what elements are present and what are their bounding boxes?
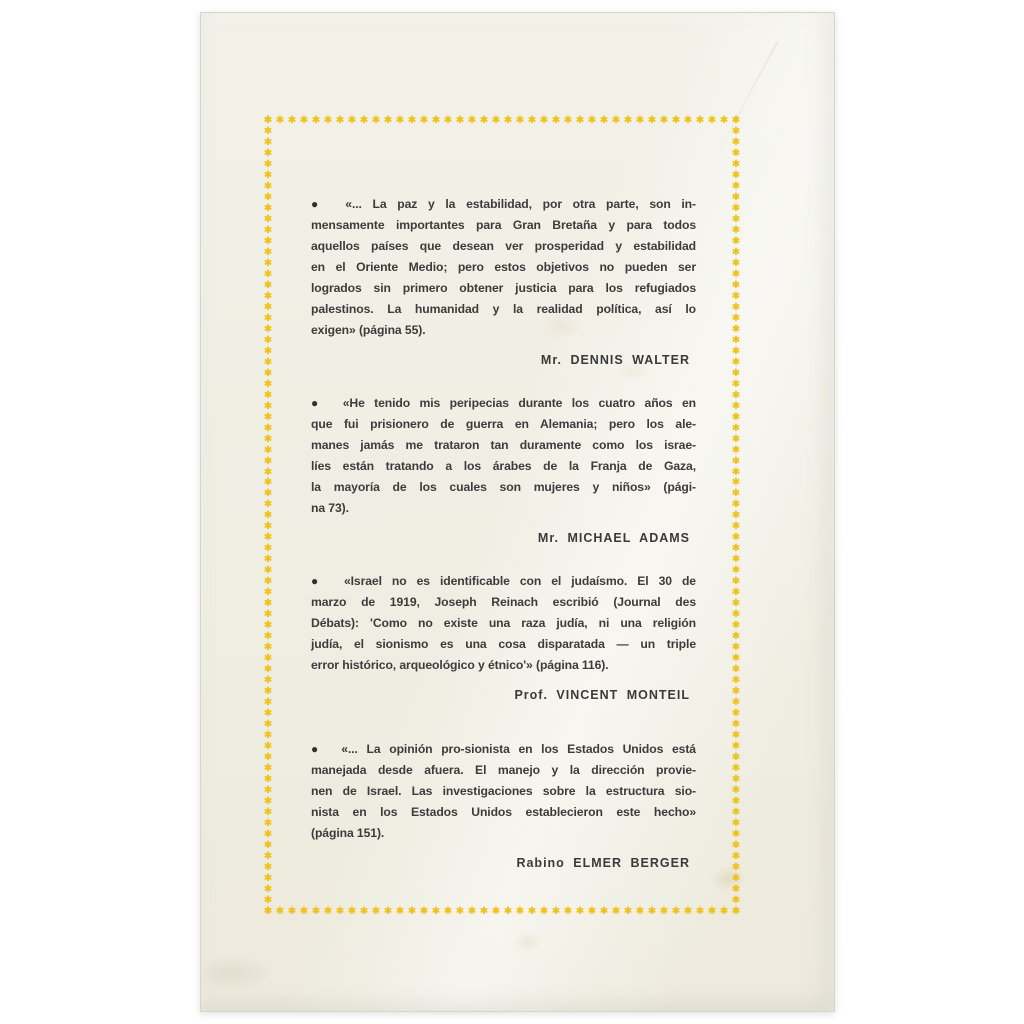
quote-line-text: manes jamás me trataron tan duramente co… — [311, 438, 696, 452]
star-icon: ✱ — [263, 468, 273, 478]
star-icon: ✱ — [671, 116, 681, 126]
star-icon: ✱ — [263, 270, 273, 280]
star-icon: ✱ — [731, 665, 741, 675]
star-icon: ✱ — [263, 303, 273, 313]
star-icon: ✱ — [263, 775, 273, 785]
star-icon: ✱ — [731, 281, 741, 291]
star-icon: ✱ — [623, 116, 633, 126]
star-icon: ✱ — [275, 907, 285, 917]
star-icon: ✱ — [731, 292, 741, 302]
quote-line: aquellos países que desean ver prosperid… — [311, 236, 696, 257]
star-icon: ✱ — [731, 511, 741, 521]
star-icon: ✱ — [731, 522, 741, 532]
star-icon: ✱ — [491, 907, 501, 917]
star-icon: ✱ — [731, 841, 741, 851]
star-icon: ✱ — [731, 380, 741, 390]
star-icon: ✱ — [263, 511, 273, 521]
star-icon: ✱ — [647, 116, 657, 126]
star-icon: ✱ — [731, 863, 741, 873]
quote-3: ● «Israel no es identificable con el jud… — [311, 571, 696, 706]
quote-line: ● «Israel no es identificable con el jud… — [311, 571, 696, 592]
star-icon: ✱ — [731, 852, 741, 862]
star-icon: ✱ — [539, 907, 549, 917]
star-icon: ✱ — [287, 907, 297, 917]
star-icon: ✱ — [263, 874, 273, 884]
star-icon: ✱ — [383, 907, 393, 917]
star-icon: ✱ — [587, 907, 597, 917]
star-icon: ✱ — [263, 369, 273, 379]
star-border-right: ✱✱✱✱✱✱✱✱✱✱✱✱✱✱✱✱✱✱✱✱✱✱✱✱✱✱✱✱✱✱✱✱✱✱✱✱✱✱✱✱… — [731, 116, 741, 917]
quote-line: marzo de 1919, Joseph Reinach escribió (… — [311, 592, 696, 613]
star-icon: ✱ — [731, 369, 741, 379]
quote-line: error histórico, arqueológico y étnico'»… — [311, 655, 696, 676]
star-icon: ✱ — [467, 907, 477, 917]
star-icon: ✱ — [383, 116, 393, 126]
star-icon: ✱ — [491, 116, 501, 126]
star-icon: ✱ — [263, 446, 273, 456]
star-icon: ✱ — [731, 160, 741, 170]
star-icon: ✱ — [731, 676, 741, 686]
star-icon: ✱ — [563, 907, 573, 917]
star-icon: ✱ — [263, 863, 273, 873]
star-icon: ✱ — [575, 907, 585, 917]
star-icon: ✱ — [731, 402, 741, 412]
star-icon: ✱ — [731, 753, 741, 763]
star-icon: ✱ — [731, 643, 741, 653]
star-icon: ✱ — [299, 116, 309, 126]
star-icon: ✱ — [263, 885, 273, 895]
quote-line: líes están tratando a los árabes de la F… — [311, 456, 696, 477]
star-icon: ✱ — [731, 325, 741, 335]
star-icon: ✱ — [263, 610, 273, 620]
quote-line: judía, el sionismo es una cosa disparata… — [311, 634, 696, 655]
star-icon: ✱ — [731, 731, 741, 741]
star-icon: ✱ — [323, 116, 333, 126]
star-icon: ✱ — [731, 797, 741, 807]
star-icon: ✱ — [731, 489, 741, 499]
quote-line-text: (página 151). — [311, 826, 384, 840]
quote-line: en el Oriente Medio; pero estos objetivo… — [311, 257, 696, 278]
book-back-cover: ✱✱✱✱✱✱✱✱✱✱✱✱✱✱✱✱✱✱✱✱✱✱✱✱✱✱✱✱✱✱✱✱✱✱✱✱✱✱✱✱… — [200, 12, 835, 1012]
star-icon: ✱ — [263, 489, 273, 499]
star-icon: ✱ — [263, 621, 273, 631]
star-icon: ✱ — [467, 116, 477, 126]
quote-line: logrados sin primero obtener justicia pa… — [311, 278, 696, 299]
star-icon: ✱ — [695, 116, 705, 126]
quote-line-text: la mayoría de los cuales son mujeres y n… — [311, 480, 696, 494]
star-icon: ✱ — [731, 577, 741, 587]
quote-line: que fui prisionero de guerra en Alemania… — [311, 414, 696, 435]
star-icon: ✱ — [263, 248, 273, 258]
star-icon: ✱ — [707, 116, 717, 126]
quote-attribution: Prof. VINCENT MONTEIL — [311, 685, 696, 706]
star-icon: ✱ — [719, 907, 729, 917]
quote-line: exigen» (página 55). — [311, 320, 696, 341]
quote-line-text: líes están tratando a los árabes de la F… — [311, 459, 696, 473]
bullet-icon: ● — [311, 396, 324, 410]
star-icon: ✱ — [731, 687, 741, 697]
star-icon: ✱ — [731, 468, 741, 478]
star-icon: ✱ — [731, 248, 741, 258]
star-icon: ✱ — [623, 907, 633, 917]
star-icon: ✱ — [731, 720, 741, 730]
star-icon: ✱ — [731, 435, 741, 445]
star-icon: ✱ — [419, 116, 429, 126]
star-icon: ✱ — [443, 116, 453, 126]
star-icon: ✱ — [683, 116, 693, 126]
star-icon: ✱ — [455, 907, 465, 917]
star-icon: ✱ — [635, 907, 645, 917]
star-icon: ✱ — [731, 347, 741, 357]
star-icon: ✱ — [335, 116, 345, 126]
quotes-block: ● «... La paz y la estabilidad, por otra… — [311, 194, 696, 874]
star-icon: ✱ — [263, 149, 273, 159]
star-icon: ✱ — [263, 709, 273, 719]
star-icon: ✱ — [719, 116, 729, 126]
star-icon: ✱ — [479, 907, 489, 917]
star-icon: ✱ — [731, 907, 741, 917]
star-icon: ✱ — [599, 116, 609, 126]
quote-attribution: Mr. DENNIS WALTER — [311, 350, 696, 371]
star-icon: ✱ — [263, 687, 273, 697]
star-icon: ✱ — [731, 654, 741, 664]
quote-line-text: na 73). — [311, 501, 349, 515]
quote-line: nen de Israel. Las investigaciones sobre… — [311, 781, 696, 802]
star-icon: ✱ — [263, 171, 273, 181]
photo-background: ✱✱✱✱✱✱✱✱✱✱✱✱✱✱✱✱✱✱✱✱✱✱✱✱✱✱✱✱✱✱✱✱✱✱✱✱✱✱✱✱… — [0, 0, 1024, 1024]
star-icon: ✱ — [263, 896, 273, 906]
star-icon: ✱ — [731, 303, 741, 313]
star-icon: ✱ — [263, 786, 273, 796]
star-icon: ✱ — [731, 786, 741, 796]
quote-line: mensamente importantes para Gran Bretaña… — [311, 215, 696, 236]
star-icon: ✱ — [731, 830, 741, 840]
star-icon: ✱ — [263, 204, 273, 214]
star-icon: ✱ — [263, 588, 273, 598]
quote-line: manes jamás me trataron tan duramente co… — [311, 435, 696, 456]
star-icon: ✱ — [263, 665, 273, 675]
quote-line-text: logrados sin primero obtener justicia pa… — [311, 281, 696, 295]
star-icon: ✱ — [503, 116, 513, 126]
star-icon: ✱ — [263, 435, 273, 445]
quote-2: ● «He tenido mis peripecias durante los … — [311, 393, 696, 549]
star-icon: ✱ — [731, 182, 741, 192]
star-icon: ✱ — [263, 127, 273, 137]
star-icon: ✱ — [263, 841, 273, 851]
star-icon: ✱ — [731, 478, 741, 488]
quote-4: ● «... La opinión pro-sionista en los Es… — [311, 739, 696, 874]
quote-line-text: en el Oriente Medio; pero estos objetivo… — [311, 260, 696, 274]
star-icon: ✱ — [263, 698, 273, 708]
star-icon: ✱ — [263, 830, 273, 840]
star-icon: ✱ — [707, 907, 717, 917]
star-icon: ✱ — [731, 808, 741, 818]
star-icon: ✱ — [263, 544, 273, 554]
star-icon: ✱ — [263, 457, 273, 467]
quote-line-text: nen de Israel. Las investigaciones sobre… — [311, 784, 696, 798]
star-icon: ✱ — [731, 885, 741, 895]
quote-line-text: nista en los Estados Unidos estableciero… — [311, 805, 696, 819]
star-icon: ✱ — [263, 215, 273, 225]
star-icon: ✱ — [263, 555, 273, 565]
star-icon: ✱ — [263, 259, 273, 269]
quote-line-text: aquellos países que desean ver prosperid… — [311, 239, 696, 253]
star-icon: ✱ — [263, 292, 273, 302]
star-icon: ✱ — [263, 336, 273, 346]
quote-line: manejada desde afuera. El manejo y la di… — [311, 760, 696, 781]
star-icon: ✱ — [659, 907, 669, 917]
star-icon: ✱ — [263, 676, 273, 686]
star-icon: ✱ — [263, 325, 273, 335]
star-icon: ✱ — [731, 457, 741, 467]
star-icon: ✱ — [263, 160, 273, 170]
star-icon: ✱ — [311, 116, 321, 126]
star-icon: ✱ — [263, 566, 273, 576]
star-icon: ✱ — [731, 424, 741, 434]
star-icon: ✱ — [263, 226, 273, 236]
star-icon: ✱ — [731, 500, 741, 510]
star-icon: ✱ — [731, 259, 741, 269]
star-icon: ✱ — [563, 116, 573, 126]
quote-line: ● «He tenido mis peripecias durante los … — [311, 393, 696, 414]
star-icon: ✱ — [263, 500, 273, 510]
star-icon: ✱ — [263, 742, 273, 752]
star-icon: ✱ — [647, 907, 657, 917]
star-icon: ✱ — [335, 907, 345, 917]
star-icon: ✱ — [371, 907, 381, 917]
star-icon: ✱ — [731, 270, 741, 280]
star-icon: ✱ — [515, 907, 525, 917]
star-icon: ✱ — [455, 116, 465, 126]
star-icon: ✱ — [731, 566, 741, 576]
quote-line: ● «... La opinión pro-sionista en los Es… — [311, 739, 696, 760]
star-icon: ✱ — [731, 555, 741, 565]
star-icon: ✱ — [731, 632, 741, 642]
star-icon: ✱ — [263, 643, 273, 653]
star-border-bottom: ✱✱✱✱✱✱✱✱✱✱✱✱✱✱✱✱✱✱✱✱✱✱✱✱✱✱✱✱✱✱✱✱✱✱✱✱✱✱✱✱ — [263, 907, 741, 917]
star-icon: ✱ — [503, 907, 513, 917]
star-icon: ✱ — [275, 116, 285, 126]
star-icon: ✱ — [431, 116, 441, 126]
star-icon: ✱ — [731, 204, 741, 214]
star-icon: ✱ — [611, 116, 621, 126]
star-icon: ✱ — [359, 116, 369, 126]
quote-attribution: Rabino ELMER BERGER — [311, 853, 696, 874]
star-icon: ✱ — [419, 907, 429, 917]
star-icon: ✱ — [263, 632, 273, 642]
quote-line-text: exigen» (página 55). — [311, 323, 426, 337]
star-icon: ✱ — [659, 116, 669, 126]
star-icon: ✱ — [731, 226, 741, 236]
star-icon: ✱ — [731, 391, 741, 401]
star-icon: ✱ — [731, 193, 741, 203]
star-border-top: ✱✱✱✱✱✱✱✱✱✱✱✱✱✱✱✱✱✱✱✱✱✱✱✱✱✱✱✱✱✱✱✱✱✱✱✱✱✱✱✱ — [263, 116, 741, 126]
star-icon: ✱ — [539, 116, 549, 126]
quote-line-text: «Israel no es identificable con el judaí… — [344, 574, 696, 588]
star-icon: ✱ — [527, 907, 537, 917]
star-icon: ✱ — [731, 314, 741, 324]
star-icon: ✱ — [263, 116, 273, 126]
quote-line-text: error histórico, arqueológico y étnico'»… — [311, 658, 609, 672]
quote-line: Débats): 'Como no existe una raza judía,… — [311, 613, 696, 634]
star-icon: ✱ — [263, 764, 273, 774]
bullet-icon: ● — [311, 197, 326, 211]
star-icon: ✱ — [731, 621, 741, 631]
star-icon: ✱ — [731, 819, 741, 829]
star-icon: ✱ — [263, 907, 273, 917]
star-icon: ✱ — [347, 116, 357, 126]
star-icon: ✱ — [263, 720, 273, 730]
star-icon: ✱ — [635, 116, 645, 126]
quote-line: la mayoría de los cuales son mujeres y n… — [311, 477, 696, 498]
star-icon: ✱ — [731, 138, 741, 148]
star-icon: ✱ — [371, 116, 381, 126]
star-icon: ✱ — [299, 907, 309, 917]
quote-line-text: Débats): 'Como no existe una raza judía,… — [311, 616, 696, 630]
star-icon: ✱ — [731, 127, 741, 137]
star-icon: ✱ — [731, 599, 741, 609]
star-icon: ✱ — [515, 116, 525, 126]
star-icon: ✱ — [263, 424, 273, 434]
star-icon: ✱ — [575, 116, 585, 126]
star-icon: ✱ — [731, 742, 741, 752]
star-icon: ✱ — [263, 281, 273, 291]
star-icon: ✱ — [599, 907, 609, 917]
star-icon: ✱ — [695, 907, 705, 917]
quote-line-text: marzo de 1919, Joseph Reinach escribió (… — [311, 595, 696, 609]
star-icon: ✱ — [263, 478, 273, 488]
star-icon: ✱ — [263, 193, 273, 203]
star-icon: ✱ — [263, 138, 273, 148]
star-icon: ✱ — [263, 402, 273, 412]
star-icon: ✱ — [731, 588, 741, 598]
star-icon: ✱ — [263, 577, 273, 587]
star-icon: ✱ — [683, 907, 693, 917]
star-icon: ✱ — [263, 314, 273, 324]
quote-line-text: «... La opinión pro-sionista en los Esta… — [341, 742, 696, 756]
quote-line-text: que fui prisionero de guerra en Alemania… — [311, 417, 696, 431]
star-icon: ✱ — [263, 358, 273, 368]
star-icon: ✱ — [359, 907, 369, 917]
star-icon: ✱ — [731, 698, 741, 708]
star-icon: ✱ — [407, 116, 417, 126]
star-icon: ✱ — [731, 446, 741, 456]
star-icon: ✱ — [263, 819, 273, 829]
star-icon: ✱ — [347, 907, 357, 917]
star-icon: ✱ — [263, 237, 273, 247]
star-icon: ✱ — [263, 797, 273, 807]
star-icon: ✱ — [263, 391, 273, 401]
star-icon: ✱ — [731, 358, 741, 368]
quote-attribution: Mr. MICHAEL ADAMS — [311, 528, 696, 549]
star-icon: ✱ — [731, 709, 741, 719]
quote-line-text: «He tenido mis peripecias durante los cu… — [343, 396, 696, 410]
quote-line: nista en los Estados Unidos estableciero… — [311, 802, 696, 823]
star-icon: ✱ — [263, 533, 273, 543]
quote-line-text: «... La paz y la estabilidad, por otra p… — [345, 197, 696, 211]
star-icon: ✱ — [731, 116, 741, 126]
star-icon: ✱ — [551, 116, 561, 126]
quote-line: palestinos. La humanidad y la realidad p… — [311, 299, 696, 320]
quote-line: (página 151). — [311, 823, 696, 844]
star-icon: ✱ — [731, 171, 741, 181]
star-icon: ✱ — [671, 907, 681, 917]
bullet-icon: ● — [311, 574, 325, 588]
star-icon: ✱ — [731, 544, 741, 554]
star-icon: ✱ — [263, 182, 273, 192]
quote-line: ● «... La paz y la estabilidad, por otra… — [311, 194, 696, 215]
quote-line-text: manejada desde afuera. El manejo y la di… — [311, 763, 696, 777]
star-icon: ✱ — [731, 237, 741, 247]
star-icon: ✱ — [263, 522, 273, 532]
star-icon: ✱ — [263, 753, 273, 763]
star-icon: ✱ — [263, 808, 273, 818]
star-icon: ✱ — [587, 116, 597, 126]
star-icon: ✱ — [263, 347, 273, 357]
star-border-left: ✱✱✱✱✱✱✱✱✱✱✱✱✱✱✱✱✱✱✱✱✱✱✱✱✱✱✱✱✱✱✱✱✱✱✱✱✱✱✱✱… — [263, 116, 273, 917]
quote-line-text: palestinos. La humanidad y la realidad p… — [311, 302, 696, 316]
star-icon: ✱ — [395, 907, 405, 917]
star-icon: ✱ — [731, 775, 741, 785]
star-icon: ✱ — [431, 907, 441, 917]
star-icon: ✱ — [731, 896, 741, 906]
star-icon: ✱ — [731, 610, 741, 620]
star-icon: ✱ — [287, 116, 297, 126]
quote-1: ● «... La paz y la estabilidad, por otra… — [311, 194, 696, 371]
star-icon: ✱ — [263, 380, 273, 390]
star-icon: ✱ — [263, 413, 273, 423]
star-icon: ✱ — [395, 116, 405, 126]
star-icon: ✱ — [611, 907, 621, 917]
star-icon: ✱ — [263, 599, 273, 609]
star-icon: ✱ — [731, 413, 741, 423]
star-icon: ✱ — [323, 907, 333, 917]
star-icon: ✱ — [311, 907, 321, 917]
star-icon: ✱ — [731, 336, 741, 346]
star-icon: ✱ — [731, 764, 741, 774]
quote-line-text: judía, el sionismo es una cosa disparata… — [311, 637, 696, 651]
quote-line-text: mensamente importantes para Gran Bretaña… — [311, 218, 696, 232]
bullet-icon: ● — [311, 742, 324, 756]
star-icon: ✱ — [443, 907, 453, 917]
star-icon: ✱ — [731, 215, 741, 225]
star-icon: ✱ — [263, 852, 273, 862]
star-icon: ✱ — [731, 533, 741, 543]
star-icon: ✱ — [731, 874, 741, 884]
star-icon: ✱ — [479, 116, 489, 126]
star-icon: ✱ — [407, 907, 417, 917]
quote-line: na 73). — [311, 498, 696, 519]
star-icon: ✱ — [731, 149, 741, 159]
star-icon: ✱ — [527, 116, 537, 126]
star-icon: ✱ — [551, 907, 561, 917]
star-icon: ✱ — [263, 654, 273, 664]
star-icon: ✱ — [263, 731, 273, 741]
